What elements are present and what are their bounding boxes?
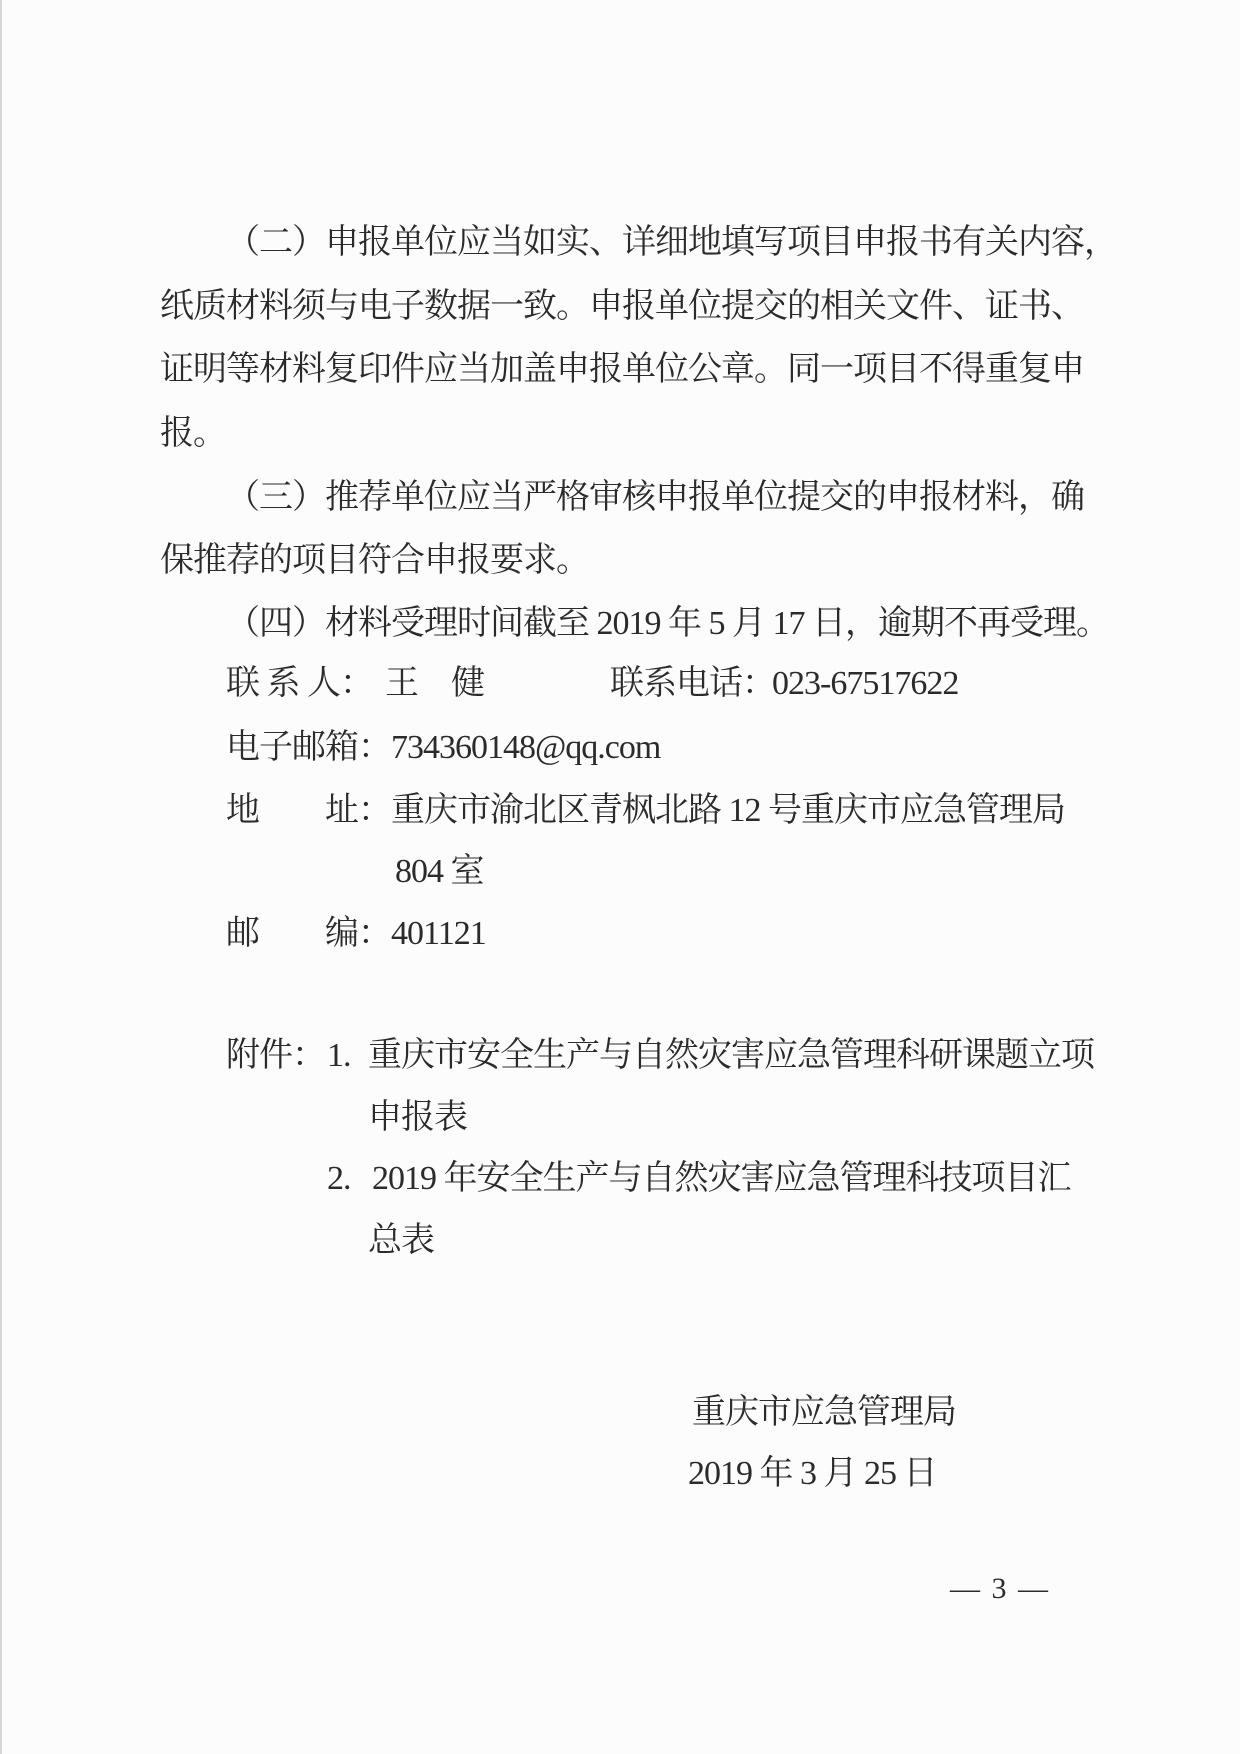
contact-person-name: 王 健 — [385, 663, 484, 705]
attachment-2-number: 2. — [327, 1158, 351, 1200]
body-line: （三）推荐单位应当严格审核申报单位提交的申报材料，确 — [226, 477, 1084, 519]
attachment-1-number: 1. — [327, 1035, 351, 1077]
contact-address-line2: 804 室 — [395, 851, 484, 893]
contact-postcode-label: 邮 编： — [226, 913, 391, 955]
attachment-1-line: 重庆市安全生产与自然灾害应急管理科研课题立项 — [368, 1035, 1094, 1077]
contact-phone-label: 联系电话： — [610, 663, 775, 705]
body-line: 纸质材料须与电子数据一致。申报单位提交的相关文件、证书、 — [160, 286, 1084, 328]
signature-date: 2019 年 3 月 25 日 — [688, 1453, 937, 1495]
scan-edge-artifact — [0, 0, 2, 1754]
attachment-2-line: 总表 — [368, 1220, 434, 1262]
contact-postcode-value: 401121 — [391, 913, 486, 955]
attachment-1-line: 申报表 — [368, 1097, 467, 1139]
body-line: （四）材料受理时间截至 2019 年 5 月 17 日，逾期不再受理。 — [226, 603, 1109, 645]
document-page: （二）申报单位应当如实、详细地填写项目申报书有关内容， 纸质材料须与电子数据一致… — [0, 0, 1240, 1754]
contact-phone-value: 023-67517622 — [772, 663, 958, 705]
body-line: 保推荐的项目符合申报要求。 — [160, 540, 589, 582]
body-line: 报。 — [160, 413, 226, 455]
body-line: 证明等材料复印件应当加盖申报单位公章。同一项目不得重复申 — [160, 349, 1084, 391]
contact-email-value: 734360148@qq.com — [391, 727, 660, 769]
contact-person-label: 联 系 人： — [226, 663, 373, 705]
contact-address-value: 重庆市渝北区青枫北路 12 号重庆市应急管理局 — [391, 790, 1065, 832]
attachment-2-line: 2019 年安全生产与自然灾害应急管理科技项目汇 — [372, 1158, 1071, 1200]
contact-email-label: 电子邮箱： — [226, 727, 391, 769]
contact-address-label: 地 址： — [226, 790, 391, 832]
page-number: — 3 — — [950, 1568, 1050, 1610]
signature-org: 重庆市应急管理局 — [692, 1392, 956, 1434]
body-line: （二）申报单位应当如实、详细地填写项目申报书有关内容， — [226, 222, 1117, 264]
attachments-label: 附件： — [226, 1035, 325, 1077]
